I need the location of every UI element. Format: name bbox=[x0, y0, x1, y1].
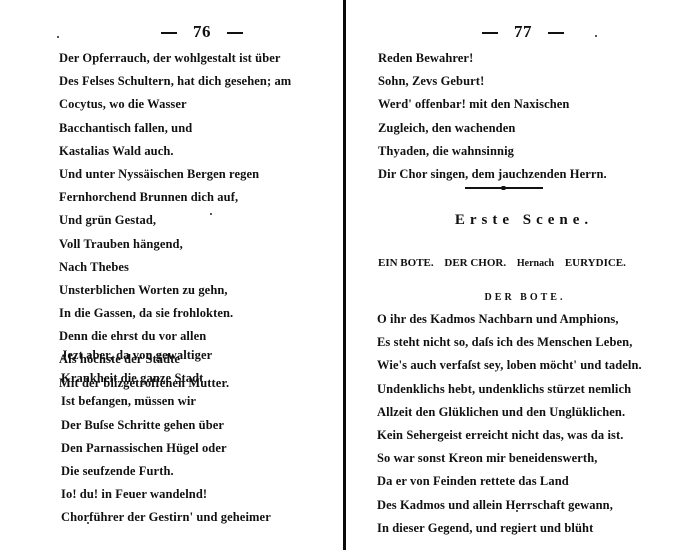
print-speck bbox=[57, 36, 59, 38]
right-page: 77 Reden Bewahrer! Sohn, Zevs Geburt! We… bbox=[346, 0, 698, 552]
verse-line: Wie's auch verfaſst sey, loben möcht' un… bbox=[377, 354, 642, 377]
verse-line: Zugleich, den wachenden bbox=[378, 117, 607, 140]
verse-line: Es steht nicht so, daſs ich des Menschen… bbox=[377, 331, 642, 354]
folio-dash bbox=[548, 32, 564, 34]
verse-line: Jezt aber, da von gewaltiger bbox=[61, 344, 271, 367]
verse-line: In dieser Gegend, und regiert und blüht bbox=[377, 517, 642, 540]
verse-line: In die Gassen, da sie frohlokten. bbox=[59, 302, 291, 325]
page-number-left: 76 bbox=[145, 22, 259, 42]
verse-line: Der Opferrauch, der wohlgestalt ist über bbox=[59, 47, 291, 70]
verse-line: Und unter Nyssäischen Bergen regen bbox=[59, 163, 291, 186]
section-divider-rule bbox=[465, 187, 543, 189]
verse-line: Werd' offenbar! mit den Naxischen bbox=[378, 93, 607, 116]
character-name: DER CHOR. bbox=[444, 257, 506, 269]
verse-line: Da er von Feinden rettete das Land bbox=[377, 470, 642, 493]
verse-line: Fernhorchend Brunnen dich auf, bbox=[59, 186, 291, 209]
verse-line: Cocytus, wo die Wasser bbox=[59, 93, 291, 116]
print-speck bbox=[87, 522, 89, 524]
verse-line: O ihr des Kadmos Nachbarn und Amphions, bbox=[377, 308, 642, 331]
verse-block: Reden Bewahrer! Sohn, Zevs Geburt! Werd'… bbox=[378, 47, 607, 186]
verse-line: Allzeit den Glüklichen und den Unglüklic… bbox=[377, 401, 642, 424]
stage-note: Hernach bbox=[517, 258, 554, 269]
character-name: EIN BOTE. bbox=[378, 257, 434, 269]
verse-line: Reden Bewahrer! bbox=[378, 47, 607, 70]
character-name: EURYDICE. bbox=[565, 257, 626, 269]
folio-dash bbox=[227, 32, 243, 34]
verse-line: Des Kadmos und allein Herrschaft gewann, bbox=[377, 494, 642, 517]
scene-heading: Erste Scene. bbox=[346, 212, 698, 229]
verse-line: Kastalias Wald auch. bbox=[59, 140, 291, 163]
print-speck bbox=[210, 213, 212, 215]
dramatis-personae: EIN BOTE. DER CHOR. Hernach EURYDICE. bbox=[378, 257, 634, 269]
verse-line: Sohn, Zevs Geburt! bbox=[378, 70, 607, 93]
verse-line: Nach Thebes bbox=[59, 256, 291, 279]
verse-line: Voll Trauben hängend, bbox=[59, 233, 291, 256]
folio-dash bbox=[161, 32, 177, 34]
print-speck bbox=[595, 35, 597, 37]
verse-line: Des Felses Schultern, hat dich gesehen; … bbox=[59, 70, 291, 93]
speaker-label: DER BOTE. bbox=[346, 292, 698, 303]
book-spread: 76 Der Opferrauch, der wohlgestalt ist ü… bbox=[0, 0, 698, 552]
verse-line: Dir Chor singen, dem jauchzenden Herrn. bbox=[378, 163, 607, 186]
verse-line: Der Buſse Schritte gehen über bbox=[61, 414, 271, 437]
verse-block: O ihr des Kadmos Nachbarn und Amphions, … bbox=[377, 308, 642, 540]
verse-line: Den Parnassischen Hügel oder bbox=[61, 437, 271, 460]
verse-line: Bacchantisch fallen, und bbox=[59, 117, 291, 140]
verse-line: So war sonst Kreon mir beneidenswerth, bbox=[377, 447, 642, 470]
verse-line: Unsterblichen Worten zu gehn, bbox=[59, 279, 291, 302]
verse-block: Jezt aber, da von gewaltiger Krankheit d… bbox=[61, 344, 271, 530]
print-speck bbox=[516, 510, 518, 512]
verse-line: Und grün Gestad, bbox=[59, 209, 291, 232]
verse-line: Io! du! in Feuer wandelnd! bbox=[61, 483, 271, 506]
left-page: 76 Der Opferrauch, der wohlgestalt ist ü… bbox=[0, 0, 343, 552]
page-number-right: 77 bbox=[466, 22, 580, 42]
verse-line: Thyaden, die wahnsinnig bbox=[378, 140, 607, 163]
verse-line: Die seufzende Furth. bbox=[61, 460, 271, 483]
verse-line: Kein Sehergeist erreicht nicht das, was … bbox=[377, 424, 642, 447]
folio-dash bbox=[482, 32, 498, 34]
verse-line: Krankheit die ganze Stadt bbox=[61, 367, 271, 390]
verse-line: Undenklichs hebt, undenklichs stürzet ne… bbox=[377, 378, 642, 401]
verse-block: Der Opferrauch, der wohlgestalt ist über… bbox=[59, 47, 291, 395]
verse-line: Ist befangen, müssen wir bbox=[61, 390, 271, 413]
verse-line: Chorführer der Gestirn' und geheimer bbox=[61, 506, 271, 529]
